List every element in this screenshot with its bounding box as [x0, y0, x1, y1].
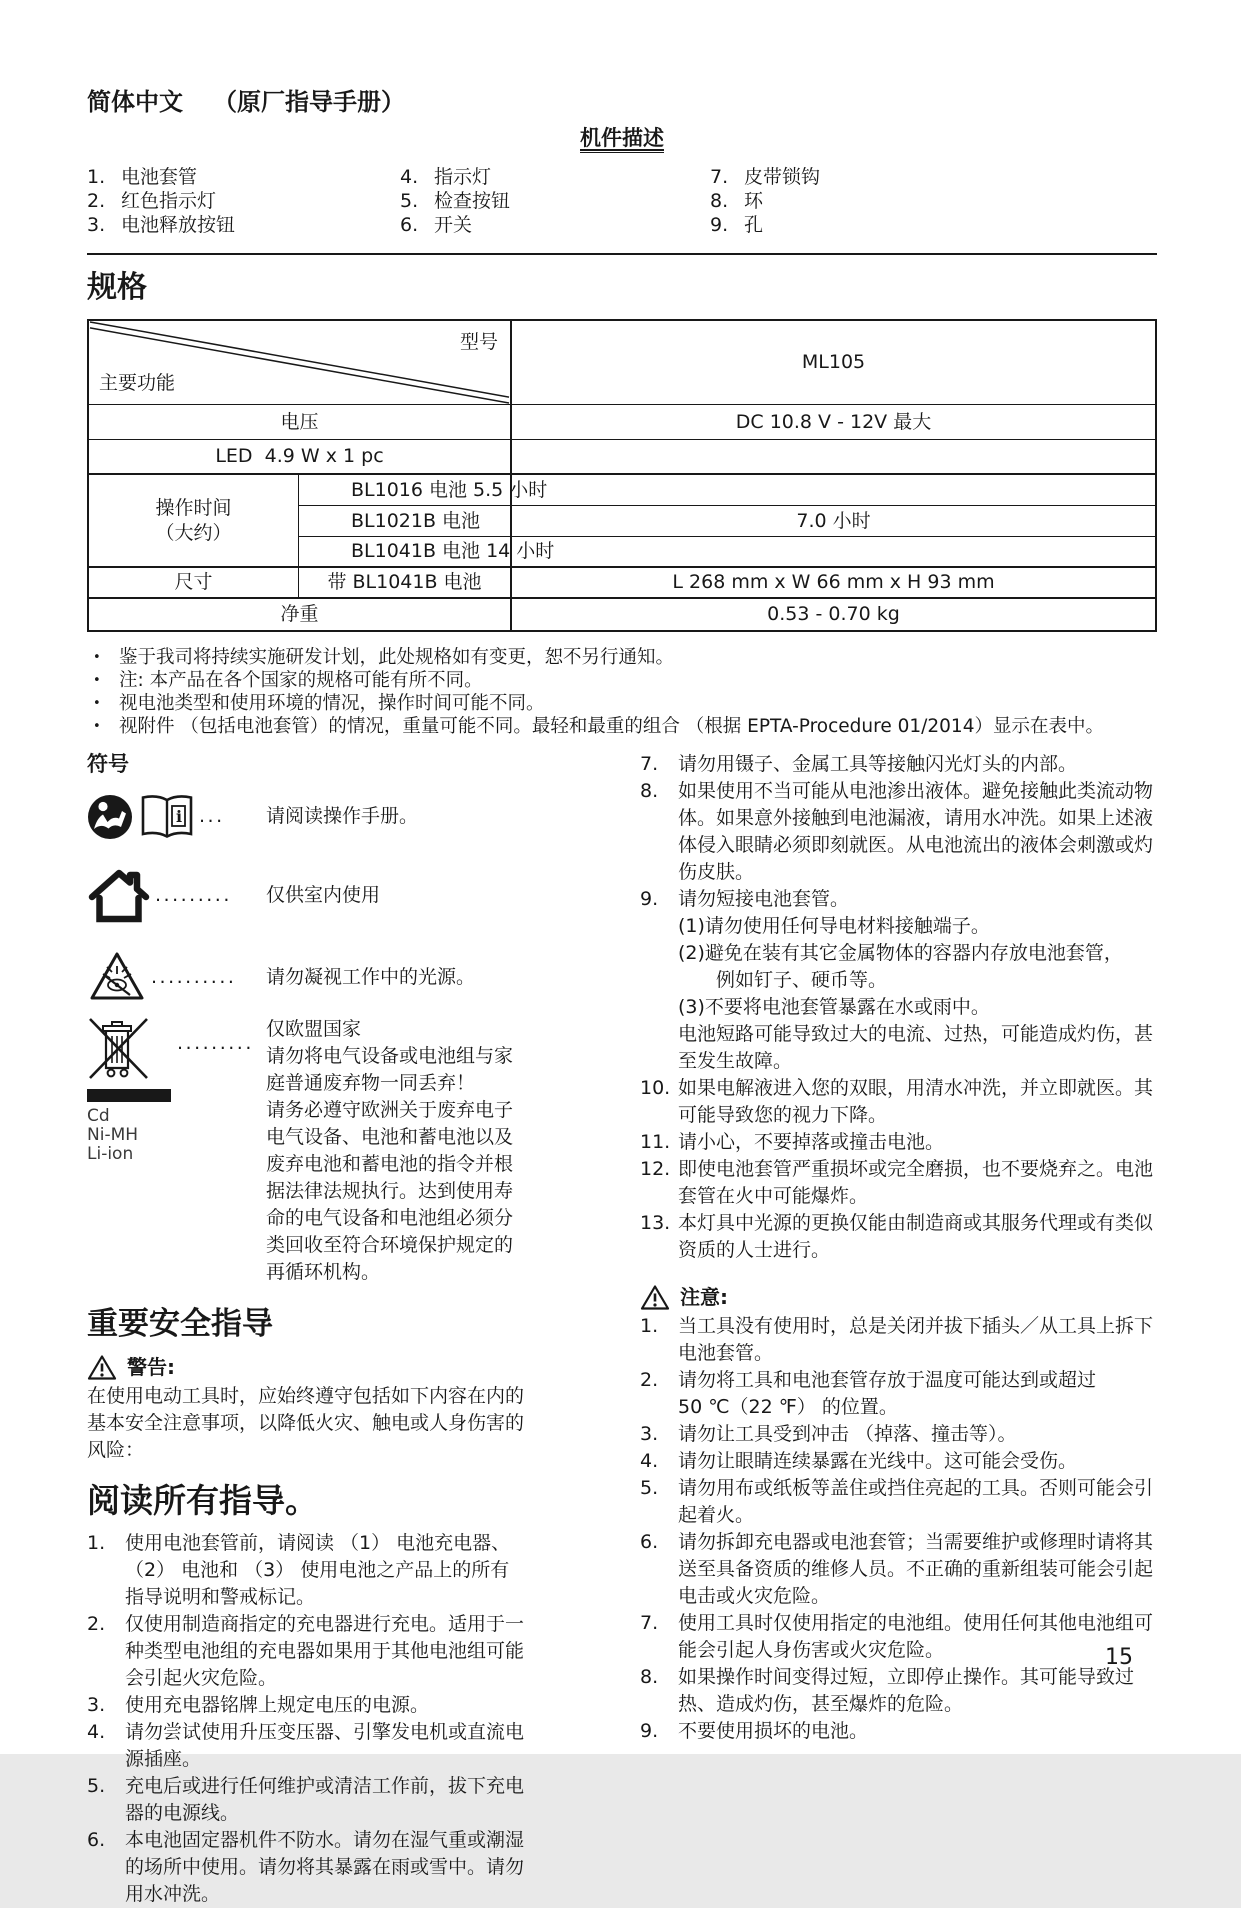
part-item: 8.环	[710, 189, 1157, 213]
main-columns: 符号 i ... 请阅读操作手	[87, 751, 1157, 1908]
language-title: 简体中文	[87, 88, 183, 116]
operating-time-label-cell: 操作时间 （大约）	[89, 475, 299, 568]
part-label: 电池释放按钮	[121, 213, 235, 237]
part-number: 3.	[87, 213, 121, 237]
item-text: 使用电池套管前，请阅读 （1） 电池充电器、（2） 电池和 （3） 使用电池之产…	[125, 1530, 524, 1611]
model-header-label: 型号	[460, 329, 498, 356]
item-text: 请小心，不要掉落或撞击电池。	[678, 1129, 1157, 1156]
leader-dots: ..........	[147, 964, 266, 991]
numbered-item: 3.请勿让工具受到冲击 （掉落、撞击等）。	[640, 1421, 1157, 1448]
part-number: 1.	[87, 165, 121, 189]
safety-list-right: 7.请勿用镊子、金属工具等接触闪光灯头的内部。 8.如果使用不当可能从电池渗出液…	[640, 751, 1157, 1264]
parts-list: 1.电池套管 2.红色指示灯 3.电池释放按钮 4.指示灯 5.检查按钮 6.开…	[87, 165, 1157, 237]
main-function-label: 主要功能	[99, 370, 175, 397]
part-number: 7.	[710, 165, 744, 189]
item-number: 6.	[640, 1529, 678, 1610]
item-text: 请勿尝试使用升压变压器、引擎发电机或直流电源插座。	[125, 1719, 524, 1773]
svg-text:i: i	[176, 807, 182, 826]
leader-dots: .........	[151, 882, 266, 909]
symbol-row-weee: Cd Ni-MH Li-ion ......... 仅欧盟国家 请勿将电气设备或…	[87, 1016, 524, 1286]
dimensions-battery-cell: 带 BL1041B 电池	[299, 568, 512, 599]
item-number: 11.	[640, 1129, 678, 1156]
parts-section-header: 机件描述	[87, 126, 1157, 153]
item-number: 10.	[640, 1075, 678, 1129]
weee-crossed-bin-icon	[87, 1016, 153, 1082]
symbol-lead: Cd Ni-MH Li-ion .........	[87, 1016, 266, 1164]
part-label: 检查按钮	[434, 189, 510, 213]
note-item: •注: 本产品在各个国家的规格可能有所不同。	[87, 669, 1157, 692]
item-text: 即使电池套管严重损坏或完全磨损，也不要烧弃之。电池套管在火中可能爆炸。	[678, 1156, 1157, 1210]
item-number: 3.	[87, 1692, 125, 1719]
led-value-cell	[512, 440, 1155, 475]
item-number: 7.	[640, 1610, 678, 1664]
operating-time-line2: （大约）	[155, 521, 231, 546]
part-item: 3.电池释放按钮	[87, 213, 400, 237]
item-number: 8.	[640, 1664, 678, 1718]
numbered-item: 8.如果使用不当可能从电池渗出液体。避免接触此类流动物体。如果意外接触到电池漏液…	[640, 778, 1157, 886]
bullet-icon: •	[87, 646, 119, 669]
item-text: 请勿用镊子、金属工具等接触闪光灯头的内部。	[678, 751, 1157, 778]
item-number: 9.	[640, 886, 678, 1075]
item-text: 不要使用损坏的电池。	[678, 1718, 1157, 1745]
numbered-item: 9.不要使用损坏的电池。	[640, 1718, 1157, 1745]
symbol-text: 请勿凝视工作中的光源。	[266, 964, 475, 991]
note-text: 视电池类型和使用环境的情况，操作时间可能不同。	[119, 692, 545, 715]
item-number: 13.	[640, 1210, 678, 1264]
numbered-item: 7.请勿用镊子、金属工具等接触闪光灯头的内部。	[640, 751, 1157, 778]
header-subtitle: （原厂指导手册）	[213, 88, 405, 116]
numbered-item: 2.请勿将工具和电池套管存放于温度可能达到或超过 50 ℃（22 ℉） 的位置。	[640, 1367, 1157, 1421]
caution-section: 注意: 1.当工具没有使用时，总是关闭并拔下插头／从工具上拆下电池套管。 2.请…	[640, 1284, 1157, 1745]
dimensions-value-cell: L 268 mm x W 66 mm x H 93 mm	[512, 568, 1155, 599]
item-number: 12.	[640, 1156, 678, 1210]
item-text: 仅使用制造商指定的充电器进行充电。适用于一种类型电池组的充电器如果用于其他电池组…	[125, 1611, 524, 1692]
led-label: LED 4.9 W x 1 pc	[215, 443, 383, 470]
item-text: 使用工具时仅使用指定的电池组。使用任何其他电池组可能会引起人身伤害或火灾危险。	[678, 1610, 1157, 1664]
specs-heading: 规格	[87, 271, 1157, 305]
part-number: 8.	[710, 189, 744, 213]
numbered-item: 8.如果操作时间变得过短，立即停止操作。其可能导致过热、造成灼伤，甚至爆炸的危险…	[640, 1664, 1157, 1718]
indoor-use-icon	[87, 866, 151, 924]
warning-label: 警告:	[127, 1354, 175, 1381]
part-label: 指示灯	[434, 165, 491, 189]
note-text: 鉴于我司将持续实施研发计划，此处规格如有变更，恕不另行通知。	[119, 646, 674, 669]
item-text: 请勿短接电池套管。 (1)请勿使用任何导电材料接触端子。 (2)避免在装有其它金…	[678, 886, 1157, 1075]
dimensions-label-cell: 尺寸	[89, 568, 299, 599]
battery-bl1021b-label: BL1021B 电池	[351, 508, 480, 535]
part-item: 4.指示灯	[400, 165, 710, 189]
leader-dots: ...	[195, 803, 266, 830]
battery-bl1016-label: BL1016 电池 5.5 小时	[351, 477, 547, 504]
spec-notes: •鉴于我司将持续实施研发计划，此处规格如有变更，恕不另行通知。 •注: 本产品在…	[87, 646, 1157, 738]
battery-bl1041b-value	[512, 537, 1155, 568]
part-number: 4.	[400, 165, 434, 189]
symbols-heading: 符号	[87, 751, 524, 777]
read-all-heading: 阅读所有指导。	[87, 1482, 524, 1520]
part-label: 开关	[434, 213, 472, 237]
battery-type-nimh: Ni-MH	[87, 1126, 138, 1145]
battery-type-cd: Cd	[87, 1107, 110, 1126]
numbered-item: 1.当工具没有使用时，总是关闭并拔下插头／从工具上拆下电池套管。	[640, 1313, 1157, 1367]
note-text: 注: 本产品在各个国家的规格可能有所不同。	[119, 669, 483, 692]
part-label: 电池套管	[121, 165, 197, 189]
item-text: 请勿将工具和电池套管存放于温度可能达到或超过 50 ℃（22 ℉） 的位置。	[678, 1367, 1157, 1421]
part-label: 皮带锁钩	[744, 165, 820, 189]
item-text: 请勿用布或纸板等盖住或挡住亮起的工具。否则可能会引起着火。	[678, 1475, 1157, 1529]
caution-triangle-icon	[640, 1284, 670, 1311]
part-item: 1.电池套管	[87, 165, 400, 189]
weee-black-bar	[87, 1089, 171, 1102]
numbered-item: 9.请勿短接电池套管。 (1)请勿使用任何导电材料接触端子。 (2)避免在装有其…	[640, 886, 1157, 1075]
right-column: 7.请勿用镊子、金属工具等接触闪光灯头的内部。 8.如果使用不当可能从电池渗出液…	[640, 751, 1157, 1908]
symbol-text: 请阅读操作手册。	[266, 803, 418, 830]
page-header: 简体中文（原厂指导手册）	[87, 88, 1157, 116]
item-text: 如果操作时间变得过短，立即停止操作。其可能导致过热、造成灼伤，甚至爆炸的危险。	[678, 1664, 1157, 1718]
item-text: 请勿让眼睛连续暴露在光线中。这可能会受伤。	[678, 1448, 1157, 1475]
no-stare-light-icon	[87, 950, 147, 1004]
item-number: 5.	[640, 1475, 678, 1529]
item-text: 本灯具中光源的更换仅能由制造商或其服务代理或有类似资质的人士进行。	[678, 1210, 1157, 1264]
battery-row-bl1016: BL1016 电池 5.5 小时	[299, 475, 512, 506]
note-item: •视电池类型和使用环境的情况，操作时间可能不同。	[87, 692, 1157, 715]
battery-bl1041b-label: BL1041B 电池 14 小时	[351, 538, 554, 565]
net-weight-label-cell: 净重	[89, 599, 512, 630]
part-number: 9.	[710, 213, 744, 237]
numbered-item: 5.充电后或进行任何维护或清洁工作前，拔下充电器的电源线。	[87, 1773, 524, 1827]
page-number: 15	[1105, 1645, 1133, 1671]
symbol-lead: ..........	[87, 950, 266, 1004]
symbol-row-read-manual: i ... 请阅读操作手册。	[87, 793, 524, 840]
numbered-item: 6.请勿拆卸充电器或电池套管；当需要维护或修理时请将其送至具备资质的维修人员。不…	[640, 1529, 1157, 1610]
part-label: 环	[744, 189, 763, 213]
item-number: 2.	[87, 1611, 125, 1692]
voltage-value-cell: DC 10.8 V - 12V 最大	[512, 405, 1155, 440]
item-text: 请勿拆卸充电器或电池套管；当需要维护或修理时请将其送至具备资质的维修人员。不正确…	[678, 1529, 1157, 1610]
numbered-item: 3.使用充电器铭牌上规定电压的电源。	[87, 1692, 524, 1719]
voltage-label-cell: 电压	[89, 405, 512, 440]
specs-table: 型号 主要功能 ML105 电压 DC 10.8 V - 12V 最大 LED …	[87, 319, 1157, 632]
battery-row-bl1041b: BL1041B 电池 14 小时	[299, 537, 512, 568]
numbered-item: 13.本灯具中光源的更换仅能由制造商或其服务代理或有类似资质的人士进行。	[640, 1210, 1157, 1264]
leader-dots: .........	[173, 1030, 266, 1057]
symbol-lead: .........	[87, 866, 266, 924]
part-label: 孔	[744, 213, 763, 237]
part-item: 2.红色指示灯	[87, 189, 400, 213]
bullet-icon: •	[87, 669, 119, 692]
symbol-text: 仅供室内使用	[266, 882, 380, 909]
left-column: 符号 i ... 请阅读操作手	[87, 751, 524, 1908]
numbered-item: 6.本电池固定器机件不防水。请勿在湿气重或潮湿的场所中使用。请勿将其暴露在雨或雪…	[87, 1827, 524, 1908]
item-number: 7.	[640, 751, 678, 778]
read-manual-icon	[87, 794, 133, 840]
bullet-icon: •	[87, 715, 119, 738]
item-text: 充电后或进行任何维护或清洁工作前，拔下充电器的电源线。	[125, 1773, 524, 1827]
part-item: 6.开关	[400, 213, 710, 237]
note-text: 视附件 （包括电池套管）的情况，重量可能不同。最轻和最重的组合 （根据 EPTA…	[119, 715, 1104, 738]
item-number: 6.	[87, 1827, 125, 1908]
section-divider	[87, 253, 1157, 255]
item-number: 9.	[640, 1718, 678, 1745]
numbered-item: 12.即使电池套管严重损坏或完全磨损，也不要烧弃之。电池套管在火中可能爆炸。	[640, 1156, 1157, 1210]
item-number: 2.	[640, 1367, 678, 1421]
part-item: 9.孔	[710, 213, 1157, 237]
weee-stack: Cd Ni-MH Li-ion	[87, 1016, 173, 1164]
symbol-text: 仅欧盟国家 请勿将电气设备或电池组与家庭普通废弃物一同丢弃！ 请务必遵守欧洲关于…	[266, 1016, 524, 1286]
bullet-icon: •	[87, 692, 119, 715]
item-text: 当工具没有使用时，总是关闭并拔下插头／从工具上拆下电池套管。	[678, 1313, 1157, 1367]
battery-bl1016-value	[512, 475, 1155, 506]
note-item: •视附件 （包括电池套管）的情况，重量可能不同。最轻和最重的组合 （根据 EPT…	[87, 715, 1157, 738]
safety-list-left: 1.使用电池套管前，请阅读 （1） 电池充电器、（2） 电池和 （3） 使用电池…	[87, 1530, 524, 1908]
part-label: 红色指示灯	[121, 189, 216, 213]
item-text: 请勿让工具受到冲击 （掉落、撞击等）。	[678, 1421, 1157, 1448]
part-item: 5.检查按钮	[400, 189, 710, 213]
numbered-item: 2.仅使用制造商指定的充电器进行充电。适用于一种类型电池组的充电器如果用于其他电…	[87, 1611, 524, 1692]
numbered-item: 11.请小心，不要掉落或撞击电池。	[640, 1129, 1157, 1156]
item-number: 8.	[640, 778, 678, 886]
item-number: 1.	[640, 1313, 678, 1367]
numbered-item: 4.请勿让眼睛连续暴露在光线中。这可能会受伤。	[640, 1448, 1157, 1475]
item-text: 如果电解液进入您的双眼，用清水冲洗，并立即就医。其可能导致您的视力下降。	[678, 1075, 1157, 1129]
warning-triangle-icon	[87, 1354, 117, 1381]
note-item: •鉴于我司将持续实施研发计划，此处规格如有变更，恕不另行通知。	[87, 646, 1157, 669]
manual-page: 简体中文（原厂指导手册） 机件描述 1.电池套管 2.红色指示灯 3.电池释放按…	[0, 0, 1241, 1754]
specs-corner-cell: 型号 主要功能	[89, 321, 512, 405]
item-number: 4.	[87, 1719, 125, 1773]
part-number: 2.	[87, 189, 121, 213]
caution-label-row: 注意:	[640, 1284, 1157, 1311]
item-number: 4.	[640, 1448, 678, 1475]
symbol-row-no-stare: .......... 请勿凝视工作中的光源。	[87, 950, 524, 1004]
numbered-item: 4.请勿尝试使用升压变压器、引擎发电机或直流电源插座。	[87, 1719, 524, 1773]
item-number: 5.	[87, 1773, 125, 1827]
parts-column-3: 7.皮带锁钩 8.环 9.孔	[710, 165, 1157, 237]
symbol-lead: i ...	[87, 793, 266, 840]
battery-bl1021b-value: 7.0 小时	[512, 506, 1155, 537]
item-number: 3.	[640, 1421, 678, 1448]
net-weight-value-cell: 0.53 - 0.70 kg	[512, 599, 1155, 630]
numbered-item: 1.使用电池套管前，请阅读 （1） 电池充电器、（2） 电池和 （3） 使用电池…	[87, 1530, 524, 1611]
caution-label: 注意:	[680, 1284, 728, 1311]
warning-intro: 在使用电动工具时，应始终遵守包括如下内容在内的基本安全注意事项，以降低火灾、触电…	[87, 1383, 524, 1464]
part-item: 7.皮带锁钩	[710, 165, 1157, 189]
parts-heading: 机件描述	[580, 126, 664, 153]
item-number: 1.	[87, 1530, 125, 1611]
safety-heading: 重要安全指导	[87, 1306, 524, 1342]
item-text: 如果使用不当可能从电池渗出液体。避免接触此类流动物体。如果意外接触到电池漏液，请…	[678, 778, 1157, 886]
item-text: 本电池固定器机件不防水。请勿在湿气重或潮湿的场所中使用。请勿将其暴露在雨或雪中。…	[125, 1827, 524, 1908]
part-number: 6.	[400, 213, 434, 237]
led-label-cell: LED 4.9 W x 1 pc	[89, 440, 512, 475]
operating-time-line1: 操作时间	[155, 496, 231, 521]
parts-column-1: 1.电池套管 2.红色指示灯 3.电池释放按钮	[87, 165, 400, 237]
symbol-row-indoor-use: ......... 仅供室内使用	[87, 866, 524, 924]
caution-list: 1.当工具没有使用时，总是关闭并拔下插头／从工具上拆下电池套管。 2.请勿将工具…	[640, 1313, 1157, 1745]
numbered-item: 10.如果电解液进入您的双眼，用清水冲洗，并立即就医。其可能导致您的视力下降。	[640, 1075, 1157, 1129]
item-text: 使用充电器铭牌上规定电压的电源。	[125, 1692, 524, 1719]
parts-column-2: 4.指示灯 5.检查按钮 6.开关	[400, 165, 710, 237]
numbered-item: 5.请勿用布或纸板等盖住或挡住亮起的工具。否则可能会引起着火。	[640, 1475, 1157, 1529]
model-value-cell: ML105	[512, 321, 1155, 405]
battery-row-bl1021b: BL1021B 电池	[299, 506, 512, 537]
part-number: 5.	[400, 189, 434, 213]
manual-book-icon: i	[139, 793, 195, 840]
warning-label-row: 警告:	[87, 1354, 524, 1381]
numbered-item: 7.使用工具时仅使用指定的电池组。使用任何其他电池组可能会引起人身伤害或火灾危险…	[640, 1610, 1157, 1664]
battery-type-liion: Li-ion	[87, 1145, 133, 1164]
